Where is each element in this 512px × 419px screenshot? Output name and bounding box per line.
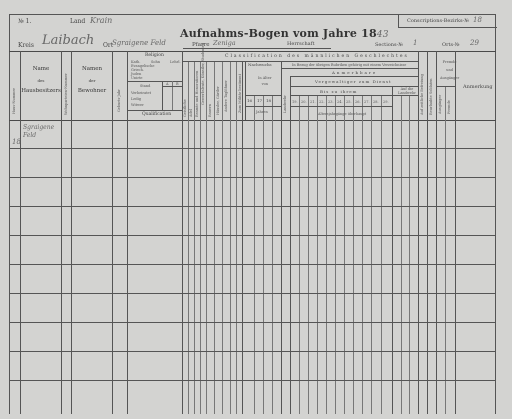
- class-beamte: Beamte und Honoratioren: [195, 72, 199, 117]
- header-bottom-rule: [9, 120, 496, 121]
- row-rule: [9, 322, 496, 323]
- fremde-block: Fremde und Ausgänger: [440, 58, 459, 82]
- orts-value: 29: [470, 39, 479, 47]
- herrschaft-label: Herrschaft: [287, 41, 315, 47]
- year-suffix: 43: [377, 30, 389, 40]
- age-cols: 19. 20. 21. 22. 23. 24. 25. 26. 27. 28. …: [292, 100, 393, 104]
- land-value: Krain: [90, 16, 112, 25]
- class-bauern: Bauern: [208, 95, 212, 117]
- alter-footer: Altersjahrgänge überhaupt: [318, 112, 366, 116]
- sub-col-line: [206, 61, 207, 414]
- age-18: 18: [266, 98, 271, 103]
- class-haeusler: Häusler, Gärtler: [216, 85, 220, 115]
- col-line: [436, 51, 437, 414]
- landwehr-header: Landwehr: [283, 88, 287, 113]
- geburts-jahr-header: Geburts-Jahr: [117, 90, 121, 112]
- sections-label: Sections-№: [375, 42, 403, 48]
- jahren-label: Jahren: [256, 110, 268, 114]
- header-rule: [392, 95, 418, 96]
- col-line: [127, 51, 128, 414]
- stand-col: A: [166, 82, 169, 86]
- land-label: Land: [70, 18, 85, 25]
- form-title: Aufnahms-Bogen vom Jahre 1843: [180, 27, 389, 40]
- sub-col-line: [200, 61, 201, 414]
- anmerkbare-header: Anmerkbare: [332, 70, 377, 75]
- sub-col-line: [299, 95, 300, 414]
- header-rule: [290, 76, 418, 77]
- stand-title: Stand: [140, 84, 150, 88]
- class-militaer: Zum Militär bestimmt: [238, 78, 242, 113]
- header-rule: [245, 106, 281, 107]
- row-rule: [9, 177, 496, 178]
- sub-col-line: [272, 95, 273, 414]
- class-geistliche: Geistliche: [183, 95, 187, 117]
- table-row-haus-nummer: 18: [12, 138, 21, 146]
- sub-col-line: [254, 95, 255, 414]
- row-rule: [9, 235, 496, 236]
- sections-value: 1: [413, 39, 417, 47]
- wohnparteien-header: Wohnparteien-Nummer: [64, 80, 68, 115]
- kreis-value: Laibach: [42, 33, 94, 48]
- beurlaubte-header: Beurlaubte Soldaten: [429, 80, 433, 115]
- age-16: 16: [247, 98, 252, 103]
- bis-zu-ihrem-header: Bis zu ihrem: [320, 89, 357, 94]
- header-rule: [182, 61, 418, 62]
- haus-nummer-header: Haus-Nummer: [12, 82, 16, 114]
- sub-col-line: [236, 61, 237, 414]
- class-gewerbsleute: Gewerbsleute, Künstler, Studenten: [201, 65, 205, 105]
- col-line: [112, 51, 113, 414]
- header-rule: [290, 95, 392, 96]
- col-line: [290, 76, 291, 414]
- bewohner-header: Namen der Bewohner: [72, 64, 112, 97]
- conscription-label: Conscriptions-Bezirks-№: [407, 18, 469, 24]
- sub-col-line: [371, 95, 372, 414]
- table-row-hausbesitzer: Sgraigene Feld: [23, 124, 59, 140]
- col-line: [427, 51, 428, 414]
- nachwuchs-label: Nachwuchs: [248, 62, 272, 67]
- ausgaenger-sub: Ausgänger: [438, 98, 442, 114]
- col-line: [71, 51, 72, 414]
- religion-rule: [162, 86, 182, 87]
- orts-label: Orts-№: [442, 42, 460, 48]
- sub-col-line: [362, 95, 363, 414]
- in-alter-label: In Alter von: [258, 75, 272, 87]
- befreiung-header: Auf zeitliche Befreiung: [420, 60, 424, 115]
- census-form-page: № 1. Land Krain Conscriptions-Bezirks-№ …: [0, 0, 512, 419]
- stand-rows: Verheiratet Ledig Witwer: [131, 90, 151, 108]
- table-top-rule: [9, 51, 496, 52]
- sub-col-line: [353, 95, 354, 414]
- sub-col-line: [409, 95, 410, 414]
- row-rule: [9, 380, 496, 381]
- class-adel: Adel: [189, 95, 193, 117]
- sub-col-line: [230, 61, 231, 414]
- class-tagloehner: Andere Taglöhner: [224, 80, 228, 112]
- sub-col-line: [317, 95, 318, 414]
- col-line: [392, 86, 393, 414]
- dienst-header: Vergewaltiger zum Dienst: [315, 79, 392, 84]
- row-rule: [9, 148, 496, 149]
- religion-title: Religion: [145, 53, 164, 58]
- sub-col-line: [214, 61, 215, 414]
- religion-rule: [127, 81, 182, 82]
- row-rule: [9, 293, 496, 294]
- stand-col: B: [176, 82, 179, 86]
- sub-col-line: [445, 86, 446, 414]
- anwesende-header: In Bezug der übrigen Rubriken gehörig mi…: [292, 63, 406, 67]
- classification-title: Classification des männlichen Geschlecht…: [225, 54, 409, 59]
- col-line: [281, 61, 282, 414]
- col-line: [455, 51, 456, 414]
- sub-col-line: [263, 95, 264, 414]
- kreis-label: Kreis: [18, 42, 34, 49]
- qualification-label: Qualification: [142, 112, 171, 117]
- fremde-sub: Fremde: [447, 98, 451, 114]
- sub-col-line: [335, 95, 336, 414]
- age-17: 17: [257, 98, 262, 103]
- religion-sub-col: Sohn: [151, 60, 160, 64]
- sub-col-line: [326, 95, 327, 414]
- ort-value: Sgraigene Feld: [112, 39, 166, 47]
- header-rule: [436, 86, 455, 87]
- header-rule: [290, 106, 392, 107]
- form-number: № 1.: [18, 18, 31, 25]
- anmerkung-header: Anmerkung: [463, 84, 493, 90]
- col-line: [418, 51, 419, 414]
- row-rule: [9, 351, 496, 352]
- header-rule: [245, 95, 281, 96]
- col-line: [61, 51, 62, 414]
- col-line: [242, 61, 243, 414]
- row-rule: [9, 206, 496, 207]
- header-rule: [281, 68, 418, 69]
- sub-col-line: [401, 95, 402, 414]
- religion-rule: [127, 110, 182, 111]
- sub-col-line: [308, 95, 309, 414]
- sub-col-line: [344, 95, 345, 414]
- conscription-value: 18: [473, 16, 482, 24]
- auf-die-landwehr: Auf die Landwehr: [398, 87, 416, 95]
- col-line: [245, 61, 246, 120]
- hausbesitzer-header: Name des Hausbesitzers: [21, 64, 61, 97]
- sub-col-line: [381, 95, 382, 414]
- religion-sub-col: Lehrl.: [170, 60, 181, 64]
- pfarre-value: Zeniga: [213, 39, 236, 47]
- title-underline: [183, 48, 331, 49]
- col-line: [20, 51, 21, 414]
- sub-col-line: [222, 61, 223, 414]
- row-rule: [9, 264, 496, 265]
